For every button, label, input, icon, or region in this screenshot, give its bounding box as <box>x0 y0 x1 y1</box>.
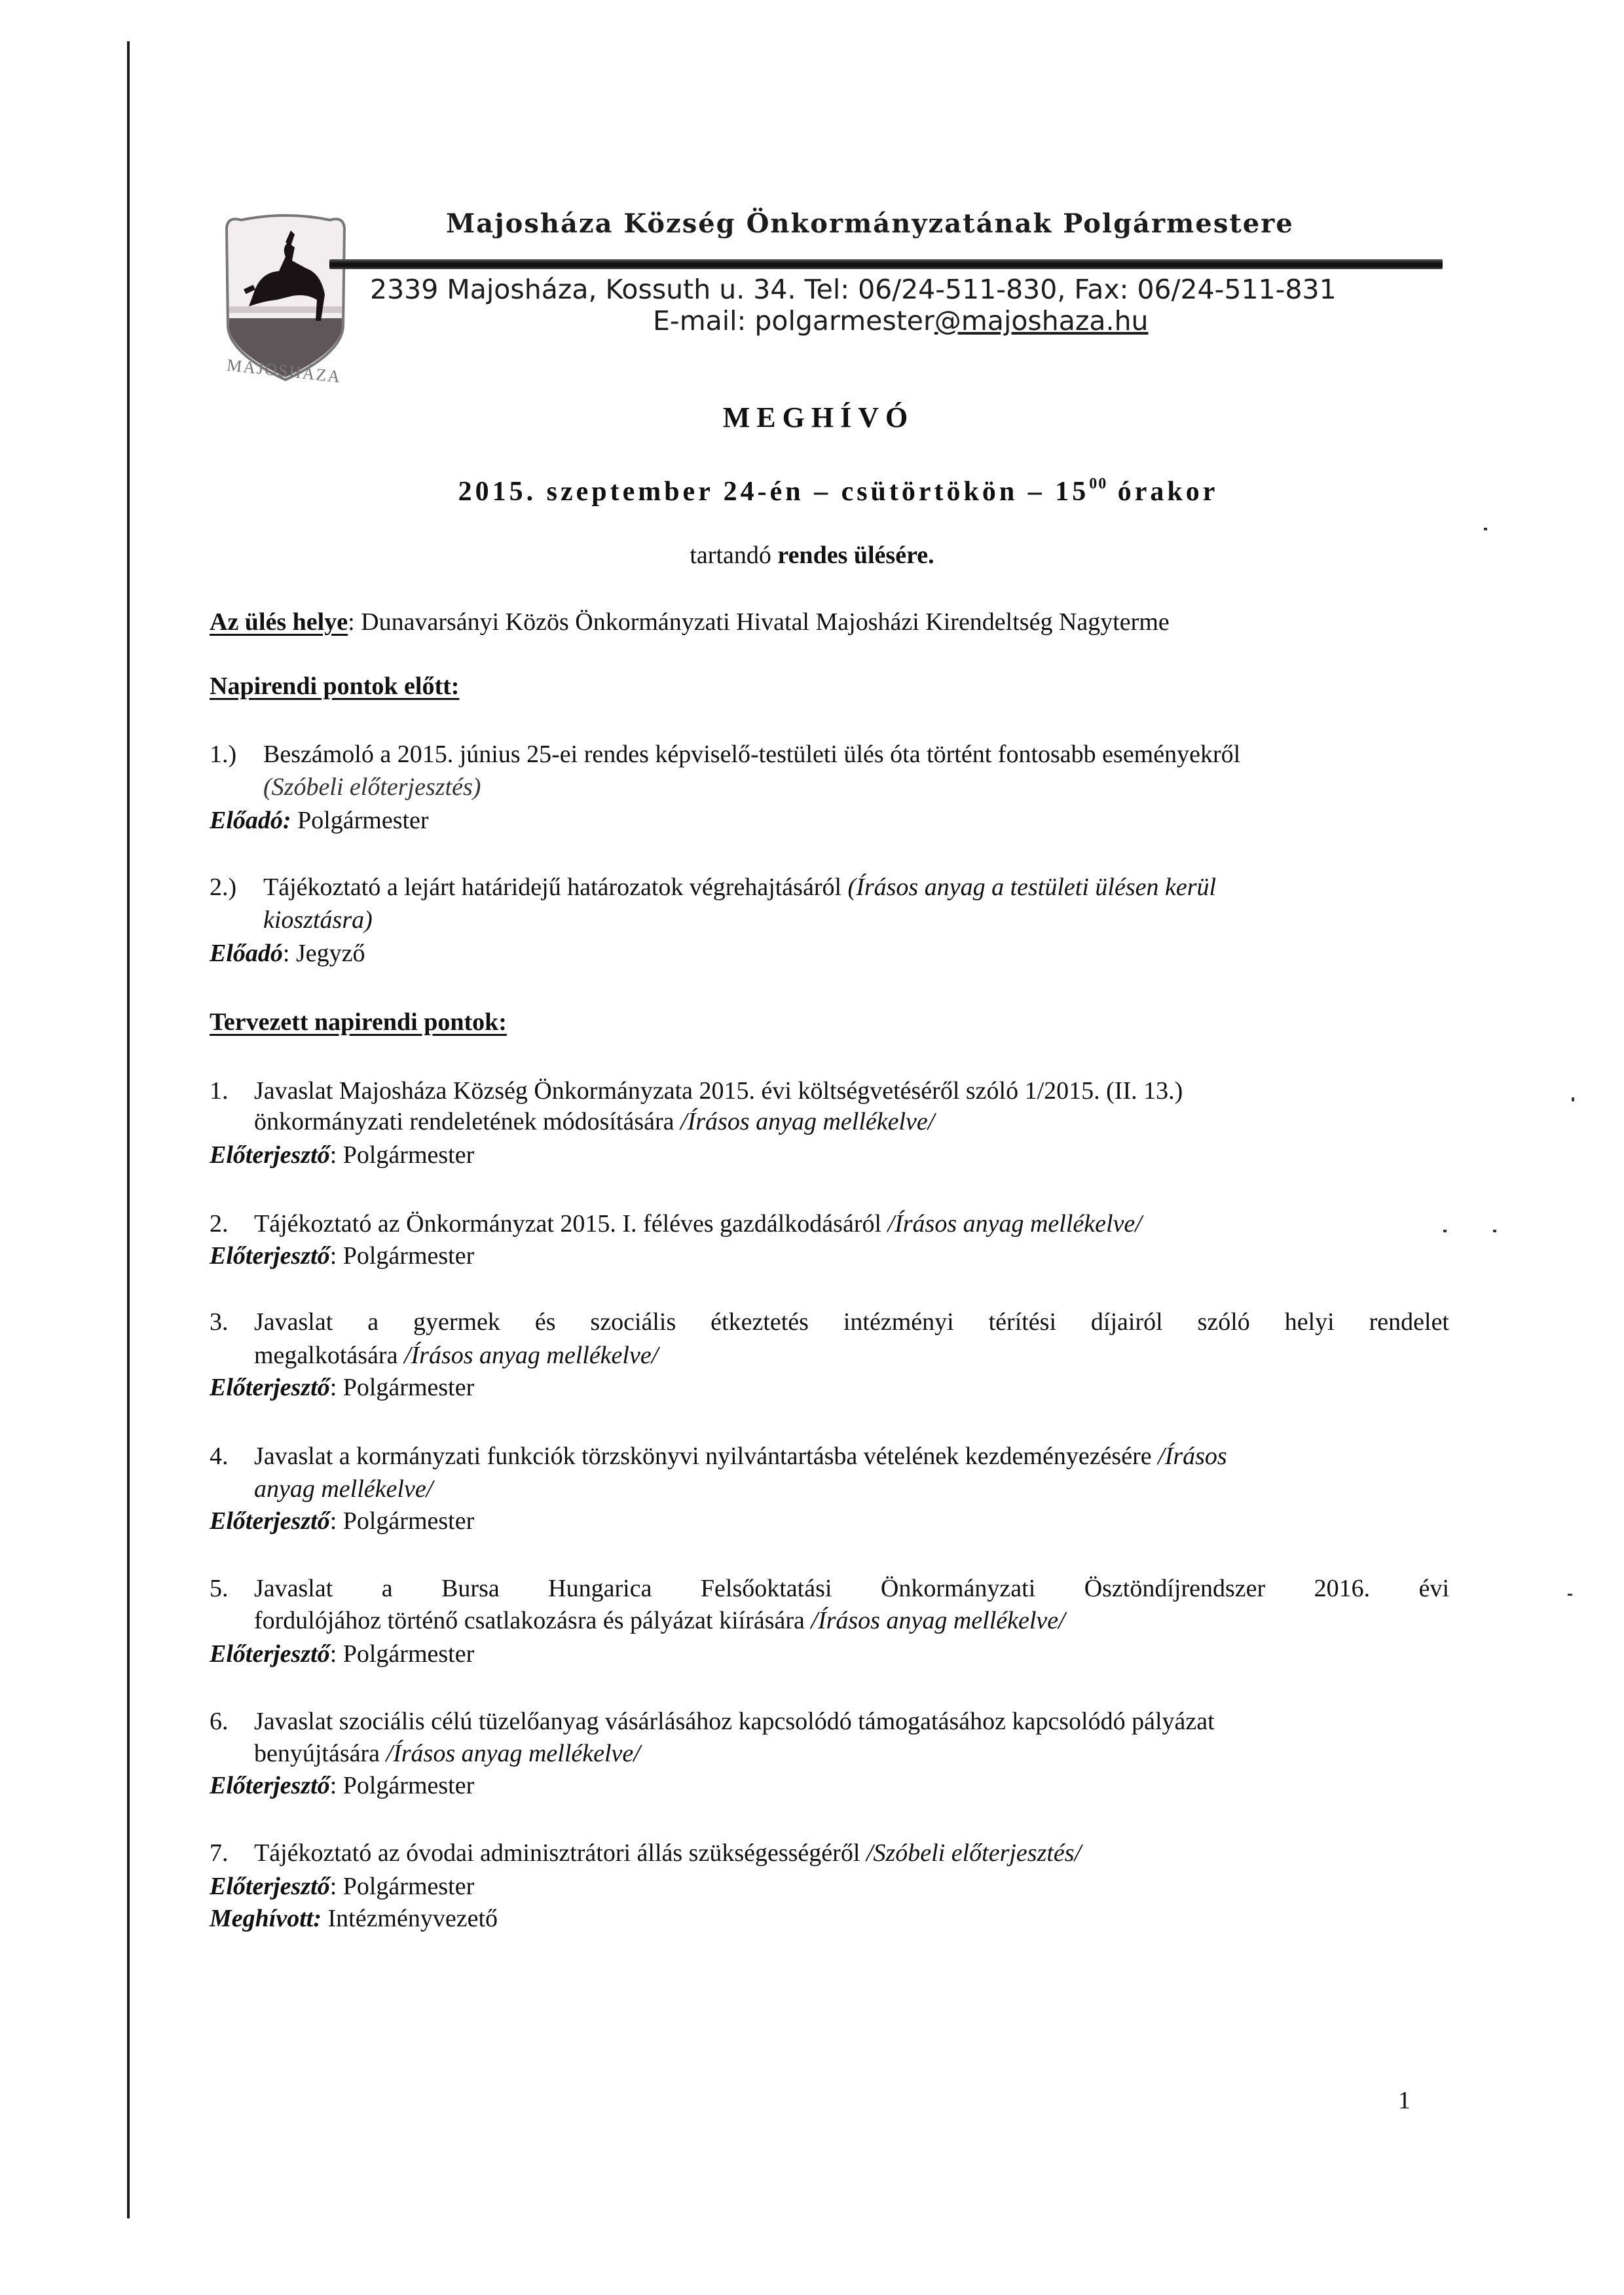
pre-agenda-text: Beszámoló a 2015. június 25-ei rendes ké… <box>263 740 1240 769</box>
pre-agenda-heading: Napirendi pontok előtt: <box>210 672 459 701</box>
agenda-text-main: Javaslat a kormányzati funkciók törzskön… <box>254 1442 1158 1470</box>
agenda-text-cont: önkormányzati rendeletének módosítására … <box>254 1107 934 1136</box>
presenter-value: : Polgármester <box>330 1640 475 1668</box>
agenda-presenter: Előterjesztő: Polgármester <box>210 1640 474 1668</box>
document-title: MEGHÍVÓ <box>0 401 1624 434</box>
agenda-text-main: benyújtására <box>254 1740 386 1767</box>
agenda-number: 4. <box>210 1442 229 1471</box>
presenter-label: Előadó <box>210 940 283 967</box>
agenda-text-main: Javaslat szociális célú tüzelőanyag vásá… <box>254 1708 1215 1735</box>
margin-rule <box>127 41 130 2218</box>
scan-speck <box>1443 1230 1447 1232</box>
venue-line: Az ülés helye: Dunavarsányi Közös Önkorm… <box>210 608 1170 636</box>
presenter-label: Előterjesztő <box>210 1242 330 1270</box>
agenda-material-note: anyag mellékelve/ <box>254 1475 433 1503</box>
presenter-label: Előadó: <box>210 807 291 834</box>
agenda-heading: Tervezett napirendi pontok: <box>210 1008 507 1037</box>
agenda-presenter: Előterjesztő: Polgármester <box>210 1507 474 1535</box>
agenda-text-cont: fordulójához történő csatlakozásra és pá… <box>254 1606 1065 1635</box>
agenda-material-note: /Írásos anyag mellékelve/ <box>386 1740 640 1767</box>
agenda-material-note: /Írásos anyag mellékelve/ <box>404 1342 658 1369</box>
presenter-value: : Jegyző <box>283 940 365 967</box>
agenda-text-main: fordulójához történő csatlakozásra és pá… <box>254 1607 811 1634</box>
scan-speck <box>1572 1097 1574 1101</box>
letterhead-title: Majosháza Község Önkormányzatának Polgár… <box>446 208 1294 239</box>
agenda-material-note: /Írásos anyag mellékelve/ <box>680 1108 934 1135</box>
presenter-value: : Polgármester <box>330 1374 475 1401</box>
email-link[interactable]: @majoshaza.hu <box>934 305 1149 337</box>
letterhead-email: E-mail: polgarmester@majoshaza.hu <box>653 305 1149 337</box>
presenter-value: : Polgármester <box>330 1873 475 1900</box>
coat-of-arms-logo: MAJOSHÁZA <box>208 208 363 392</box>
meeting-time-superscript: 00 <box>1089 475 1107 492</box>
presenter-value: : Polgármester <box>330 1772 475 1799</box>
agenda-text: Javaslat a Bursa Hungarica Felsőoktatási… <box>254 1574 1449 1603</box>
venue-value: Dunavarsányi Közös Önkormányzati Hivatal… <box>355 608 1170 636</box>
agenda-number: 7. <box>210 1839 229 1867</box>
venue-colon: : <box>348 608 355 636</box>
agenda-number: 1. <box>210 1076 229 1105</box>
pre-agenda-number: 2.) <box>210 873 236 902</box>
email-prefix[interactable]: polgarmester <box>754 305 934 337</box>
presenter-label: Előterjesztő <box>210 1141 330 1169</box>
agenda-text-cont: anyag mellékelve/ <box>254 1475 433 1503</box>
pre-agenda-note: (Írásos anyag a testületi ülésen kerül <box>848 873 1217 901</box>
agenda-text: Tájékoztató az óvodai adminisztrátori ál… <box>254 1839 1081 1867</box>
presenter-label: Előterjesztő <box>210 1507 330 1535</box>
agenda-number: 2. <box>210 1209 229 1238</box>
agenda-presenter: Előterjesztő: Polgármester <box>210 1872 474 1901</box>
agenda-text-main: megalkotására <box>254 1342 404 1369</box>
agenda-text: Tájékoztató az Önkormányzat 2015. I. fél… <box>254 1209 1142 1238</box>
agenda-text: Javaslat szociális célú tüzelőanyag vásá… <box>254 1707 1215 1736</box>
agenda-text-main: önkormányzati rendeletének módosítására <box>254 1108 680 1135</box>
agenda-presenter: Előterjesztő: Polgármester <box>210 1373 474 1402</box>
meeting-date-text: 2015. szeptember 24-én – csütörtökön – 1… <box>458 477 1090 507</box>
pre-agenda-note: (Szóbeli előterjesztés) <box>263 773 481 801</box>
session-prefix: tartandó <box>690 542 777 569</box>
agenda-material-note: /Írásos anyag mellékelve/ <box>888 1210 1142 1238</box>
agenda-material-note: /Írásos anyag mellékelve/ <box>811 1607 1065 1634</box>
letterhead-address: 2339 Majosháza, Kossuth u. 34. Tel: 06/2… <box>370 274 1337 305</box>
agenda-text-main: Tájékoztató az óvodai adminisztrátori ál… <box>254 1839 866 1867</box>
agenda-text-main: Javaslat a Bursa Hungarica Felsőoktatási… <box>254 1575 1449 1602</box>
agenda-material-note: /Írásos <box>1158 1442 1227 1470</box>
agenda-presenter: Előterjesztő: Polgármester <box>210 1771 474 1800</box>
pre-agenda-number: 1.) <box>210 740 236 769</box>
session-type: tartandó rendes ülésére. <box>0 541 1624 570</box>
pre-agenda-note-cont: kiosztásra) <box>263 906 373 934</box>
agenda-material-note: /Szóbeli előterjesztés/ <box>866 1839 1081 1867</box>
venue-label: Az ülés helye <box>210 608 348 636</box>
session-bold: rendes ülésére. <box>777 542 934 569</box>
agenda-number: 6. <box>210 1707 229 1736</box>
agenda-presenter: Előterjesztő: Polgármester <box>210 1141 474 1169</box>
presenter-value: : Polgármester <box>330 1242 475 1270</box>
scan-speck <box>1493 1230 1496 1232</box>
agenda-number: 3. <box>210 1308 229 1336</box>
agenda-text-main: Javaslat Majosháza Község Önkormányzata … <box>254 1077 1183 1105</box>
invited-label: Meghívott: <box>210 1905 322 1932</box>
agenda-invited: Meghívott: Intézményvezető <box>210 1904 498 1933</box>
pre-agenda-presenter: Előadó: Polgármester <box>210 806 429 835</box>
agenda-text-cont: benyújtására /Írásos anyag mellékelve/ <box>254 1739 640 1768</box>
presenter-value: : Polgármester <box>330 1507 475 1535</box>
presenter-label: Előterjesztő <box>210 1873 330 1900</box>
pre-agenda-text-main: Tájékoztató a lejárt határidejű határoza… <box>263 873 848 901</box>
email-label: E-mail: <box>653 305 754 337</box>
presenter-label: Előterjesztő <box>210 1374 330 1401</box>
presenter-value: Polgármester <box>291 807 429 834</box>
agenda-presenter: Előterjesztő: Polgármester <box>210 1241 474 1270</box>
pre-agenda-text: Tájékoztató a lejárt határidejű határoza… <box>263 873 1216 902</box>
agenda-text-cont: megalkotására /Írásos anyag mellékelve/ <box>254 1341 658 1370</box>
letterhead-divider <box>329 259 1443 269</box>
presenter-label: Előterjesztő <box>210 1772 330 1799</box>
agenda-text: Javaslat a gyermek és szociális étkeztet… <box>254 1308 1449 1336</box>
agenda-text: Javaslat a kormányzati funkciók törzskön… <box>254 1442 1227 1471</box>
scan-speck <box>1484 528 1487 530</box>
presenter-value: : Polgármester <box>330 1141 475 1169</box>
agenda-text-main: Tájékoztató az Önkormányzat 2015. I. fél… <box>254 1210 888 1238</box>
agenda-number: 5. <box>210 1574 229 1603</box>
agenda-text: Javaslat Majosháza Község Önkormányzata … <box>254 1076 1183 1105</box>
meeting-time-suffix: órakor <box>1107 477 1218 507</box>
meeting-date: 2015. szeptember 24-én – csütörtökön – 1… <box>0 475 1624 507</box>
pre-agenda-presenter: Előadó: Jegyző <box>210 939 365 968</box>
agenda-text-main: Javaslat a gyermek és szociális étkeztet… <box>254 1308 1449 1336</box>
invited-value: Intézményvezető <box>322 1905 498 1932</box>
scan-speck <box>1568 1594 1572 1596</box>
presenter-label: Előterjesztő <box>210 1640 330 1668</box>
page-number: 1 <box>1398 2086 1411 2115</box>
